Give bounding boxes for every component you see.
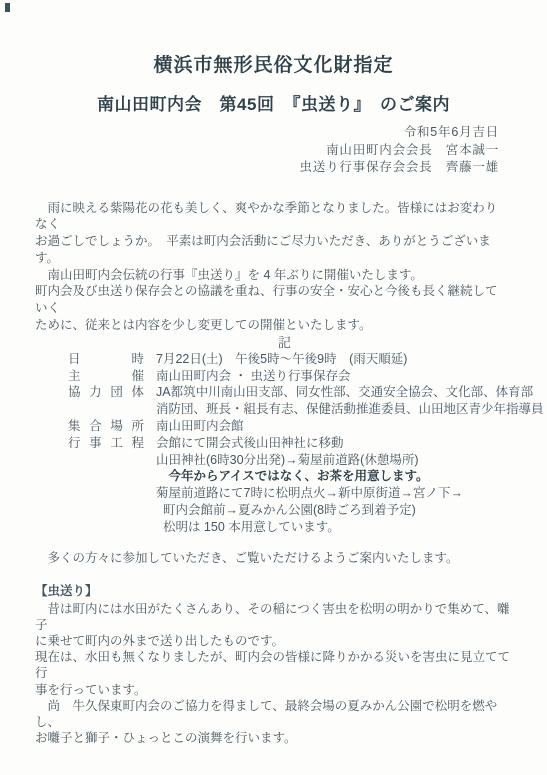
detail-line: 山田神社(6時30分出発)→菊屋前道路(休憩場所) xyxy=(156,452,463,469)
designation-heading: 横浜市無形民俗文化財指定 xyxy=(0,0,547,77)
detail-row-organizer: 主催 南山田町内会 ・ 虫送り行事保存会 xyxy=(0,368,547,385)
closing-line: 多くの方々に参加していただき、ご覧いただけるようご案内いたします。 xyxy=(35,550,509,567)
greeting-line: 雨に映える紫陽花の花も美しく、爽やかな季節となりました。皆様にはお変わりなく xyxy=(35,200,509,234)
section-heading-mushiokuri: 【虫送り】 xyxy=(35,583,509,599)
detail-line: 7月22日(土) 午後5時～午後9時 (雨天順延) xyxy=(156,351,407,368)
greeting-paragraph: 雨に映える紫陽花の花も美しく、爽やかな季節となりました。皆様にはお変わりなく お… xyxy=(35,200,509,334)
detail-line: 南山田町内会館 xyxy=(156,418,244,435)
mushiokuri-explanation: 昔は町内には水田がたくさんあり、その稲につく害虫を松明の明かりで集めて、囃子 に… xyxy=(35,601,511,747)
detail-line: JA都筑中川南山田支部、同女性部、交通安全協会、文化部、体育部 xyxy=(156,384,544,401)
greeting-line: 町内会及び虫送り保存会との協議を重ね、行事の安全・安心と今後も長く継続していく xyxy=(35,283,509,317)
issue-info-block: 令和5年6月吉日 南山田町内会会長 宮本誠一 虫送り行事保存会会長 齊藤一雄 xyxy=(0,124,547,177)
detail-label: 集合場所 xyxy=(68,418,144,435)
event-details-list: 日時 7月22日(土) 午後5時～午後9時 (雨天順延) 主催 南山田町内会 ・… xyxy=(0,351,547,536)
record-marker: 記 xyxy=(0,334,547,351)
greeting-line: お過ごしでしょうか。 平素は町内会活動にご尽力いただき、ありがとうございます。 xyxy=(35,233,509,267)
explanation-line: 昔は町内には水田がたくさんあり、その稲につく害虫を松明の明かりで集めて、囃子 xyxy=(35,601,511,633)
detail-label: 主催 xyxy=(68,368,144,385)
signatory-line-chairman: 南山田町内会会長 宮本誠一 xyxy=(0,142,499,160)
detail-label: 協力団体 xyxy=(68,384,144,401)
detail-line: 南山田町内会 ・ 虫送り行事保存会 xyxy=(156,368,350,385)
scanned-notice-page: 横浜市無形民俗文化財指定 南山田町内会 第45回 『虫送り』 のご案内 令和5年… xyxy=(0,0,547,775)
detail-row-cooperating-groups: 協力団体 JA都筑中川南山田支部、同女性部、交通安全協会、文化部、体育部 消防団… xyxy=(0,384,547,418)
greeting-line: 南山田町内会伝統の行事『虫送り』を 4 年ぶりに開催いたします。 xyxy=(35,267,509,284)
detail-row-event-schedule: 行事工程 会館にて開会式後山田神社に移動 山田神社(6時30分出発)→菊屋前道路… xyxy=(0,435,547,536)
explanation-line: 事を行っています。 xyxy=(35,682,511,698)
detail-line: 松明は 150 本用意しています。 xyxy=(156,519,463,536)
greeting-line: ために、従来とは内容を少し変更しての開催といたします。 xyxy=(35,317,509,334)
explanation-line: 現在は、水田も無くなりましたが、町内会の皆様に降りかかる災いを害虫に見立てて行 xyxy=(35,649,511,681)
detail-label: 日時 xyxy=(68,351,144,368)
document-title: 南山田町内会 第45回 『虫送り』 のご案内 xyxy=(0,90,547,115)
explanation-line: お囃子と獅子・ひょっとこの演舞を行います。 xyxy=(35,730,511,746)
detail-line: 会館にて開会式後山田神社に移動 xyxy=(156,435,463,452)
detail-line: 消防団、班長・組長有志、保健活動推進委員、山田地区青少年指導員 xyxy=(156,401,544,418)
signatory-line-preservation-chairman: 虫送り行事保存会会長 齊藤一雄 xyxy=(0,159,499,177)
explanation-line: に乗せて町内の外まで送り出したものです。 xyxy=(35,633,511,649)
explanation-line: 尚 牛久保東町内会のご協力を得まして、最終会場の夏みかん公園で松明を燃やし、 xyxy=(35,698,511,730)
detail-row-datetime: 日時 7月22日(土) 午後5時～午後9時 (雨天順延) xyxy=(0,351,547,368)
scan-artifact-mark xyxy=(5,3,10,12)
detail-line: 町内会館前→夏みかん公園(8時ごろ到着予定) xyxy=(156,502,463,519)
detail-row-meeting-place: 集合場所 南山田町内会館 xyxy=(0,418,547,435)
issue-date: 令和5年6月吉日 xyxy=(0,124,499,142)
detail-label: 行事工程 xyxy=(68,435,144,452)
detail-line-emphasis: 今年からアイスではなく、お茶を用意します。 xyxy=(156,468,463,485)
detail-line: 菊屋前道路にて7時に松明点火→新中原街道→宮ノ下→ xyxy=(156,485,463,502)
